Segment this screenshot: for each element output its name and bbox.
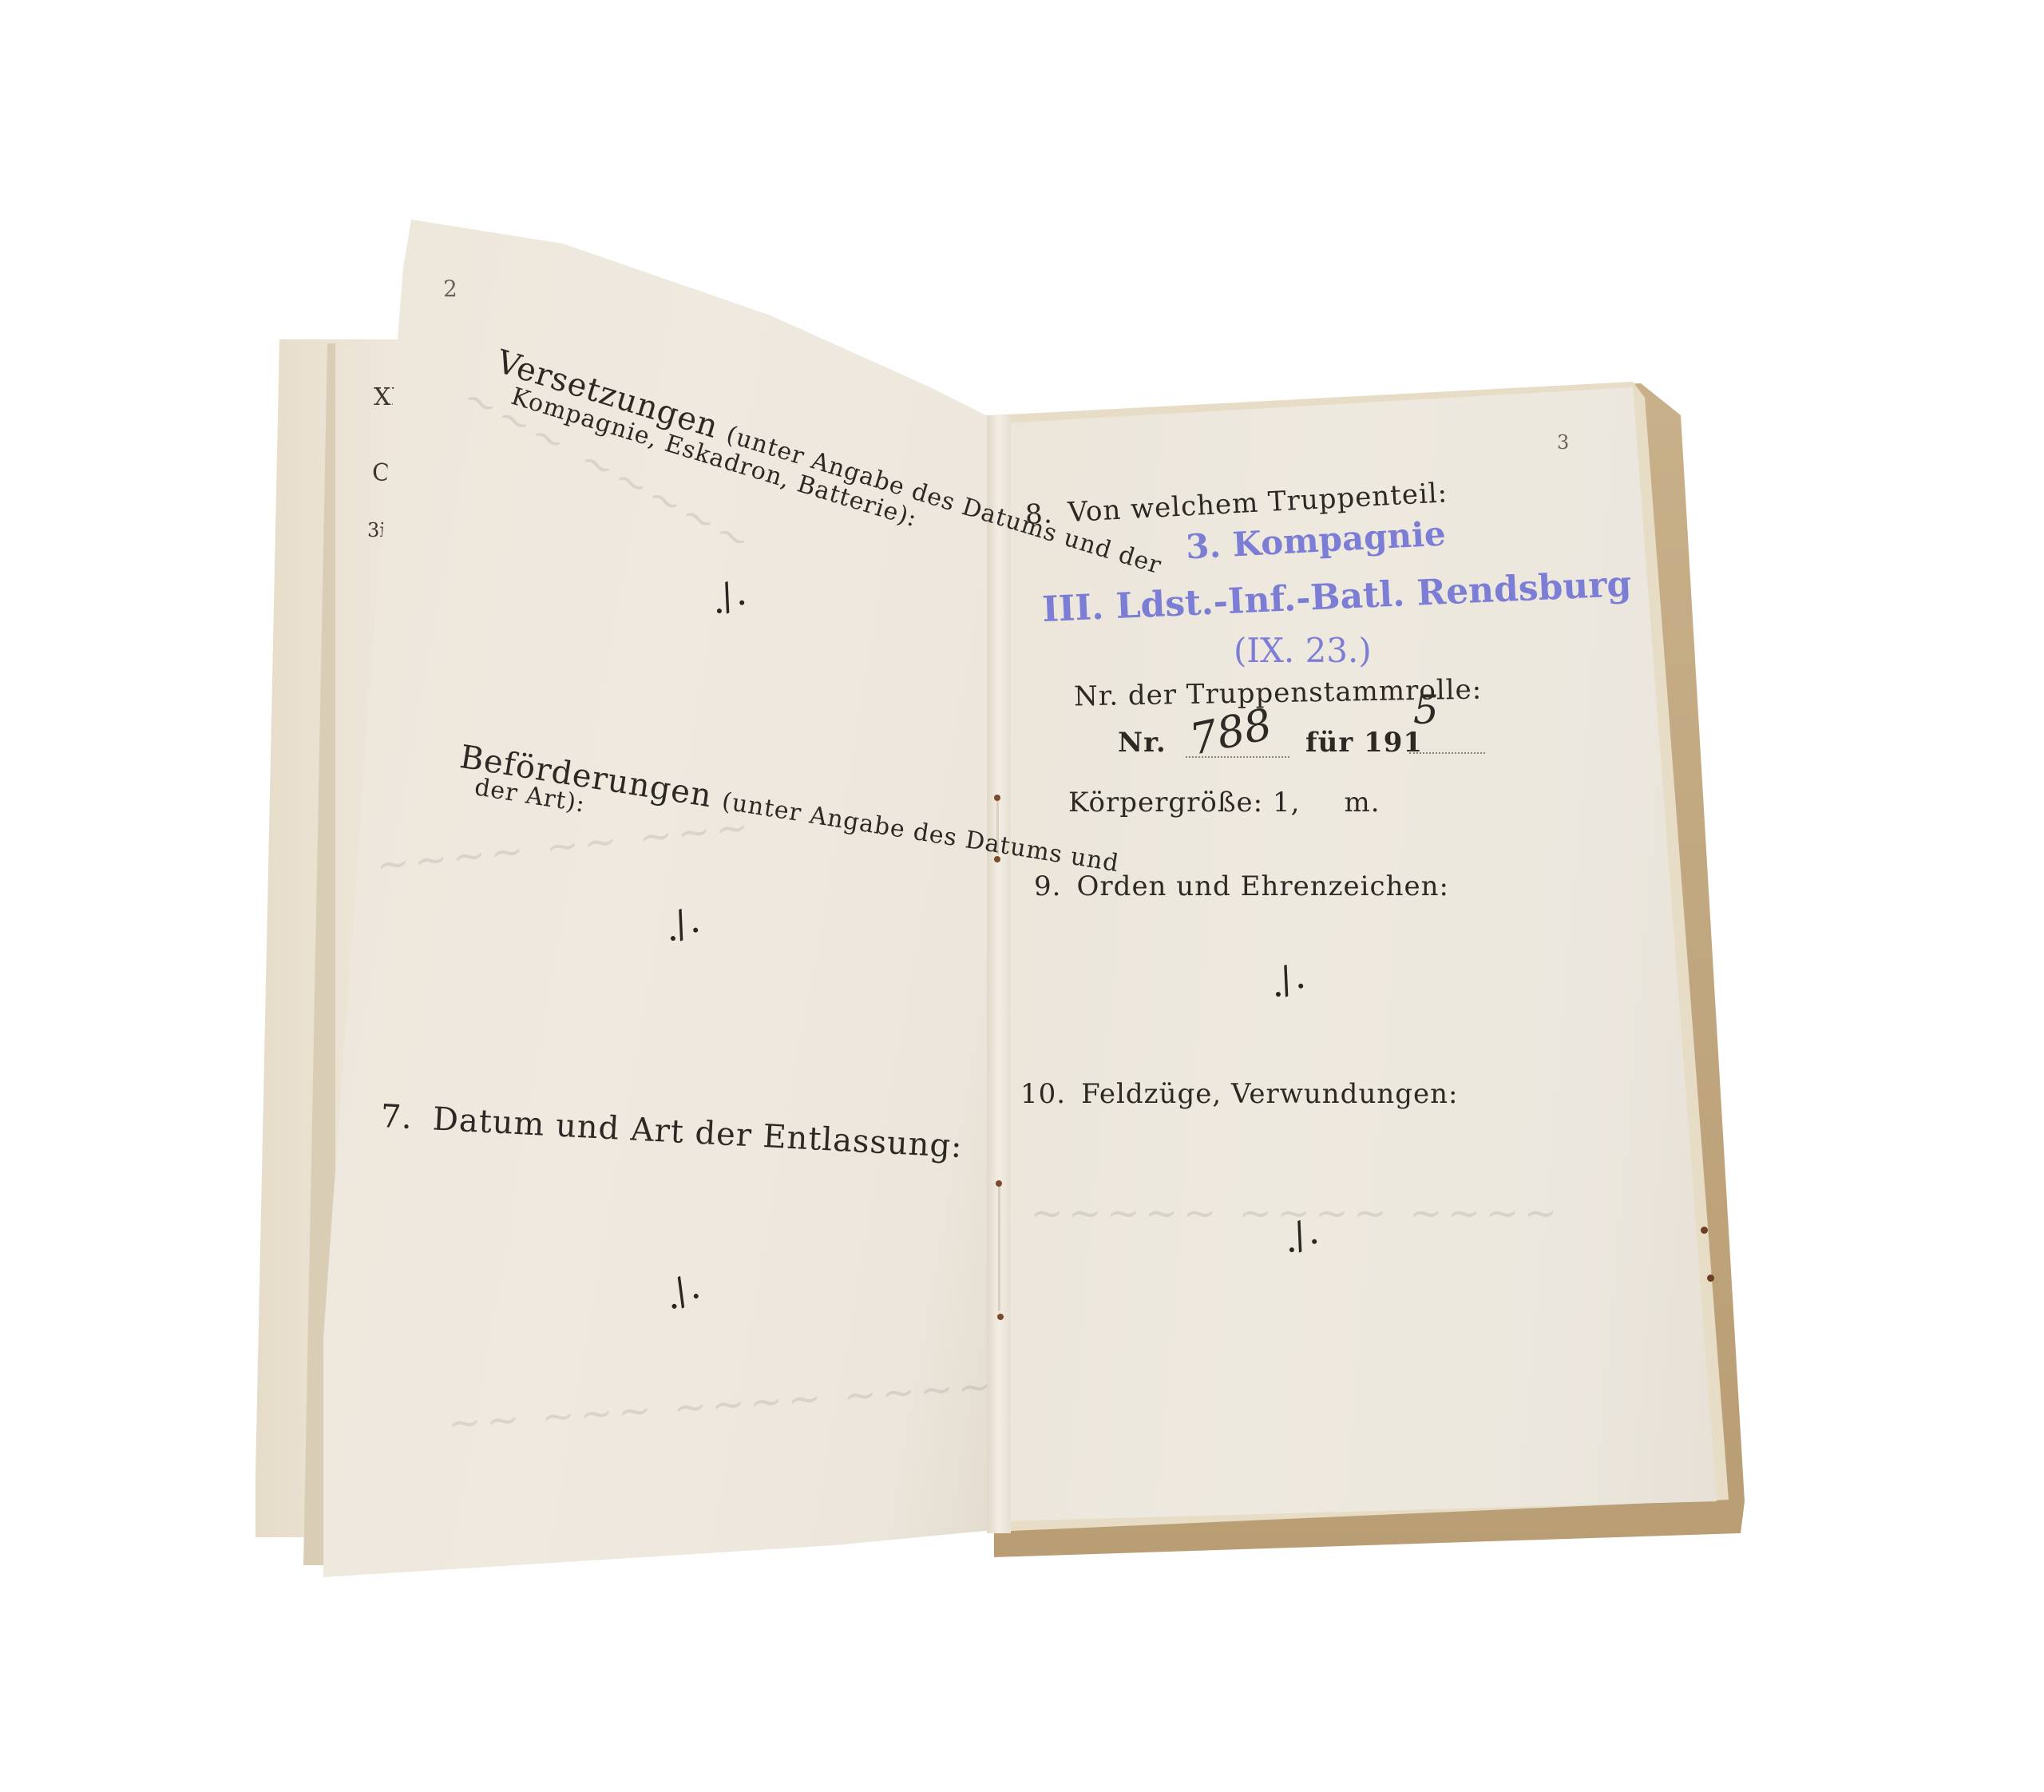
koerpergroesse-label: Körpergröße: 1, (1068, 787, 1300, 819)
stitch-thread (998, 1183, 1000, 1311)
section-koerpergroesse: Körpergröße: 1, m. (1068, 787, 1380, 819)
section-orden: 9. Orden und Ehrenzeichen: (1034, 870, 1449, 902)
stitch-hole (994, 795, 1000, 801)
stitch-hole (997, 1314, 1004, 1320)
stammrolle-year-prefix: für 191 (1305, 727, 1423, 759)
koerpergroesse-unit: m. (1344, 787, 1380, 819)
truppenteil-number: 8. (1024, 498, 1053, 531)
stitch-hole (996, 1180, 1002, 1187)
rust-spot (1701, 1227, 1708, 1234)
orden-label: Orden und Ehrenzeichen: (1077, 870, 1449, 902)
page-number-left: 2 (443, 276, 458, 302)
page-number-right: 3 (1557, 431, 1569, 454)
orden-number: 9. (1034, 870, 1061, 902)
stammrolle-number-row: Nr. (1118, 727, 1167, 759)
stammrolle-year-handwritten: 5 (1413, 687, 1439, 733)
stammrolle-nr-prefix: Nr. (1118, 727, 1167, 759)
section-feldzuege: 10. Feldzüge, Verwundungen: (1020, 1078, 1458, 1110)
unit-stamp-line-3: (IX. 23.) (1234, 631, 1372, 670)
stammrolle-year-field (1409, 751, 1485, 754)
feldzuege-number: 10. (1020, 1078, 1066, 1110)
rust-spot (1707, 1275, 1714, 1282)
feldzuege-label: Feldzüge, Verwundungen: (1081, 1078, 1458, 1110)
entlassung-number: 7. (380, 1098, 414, 1136)
